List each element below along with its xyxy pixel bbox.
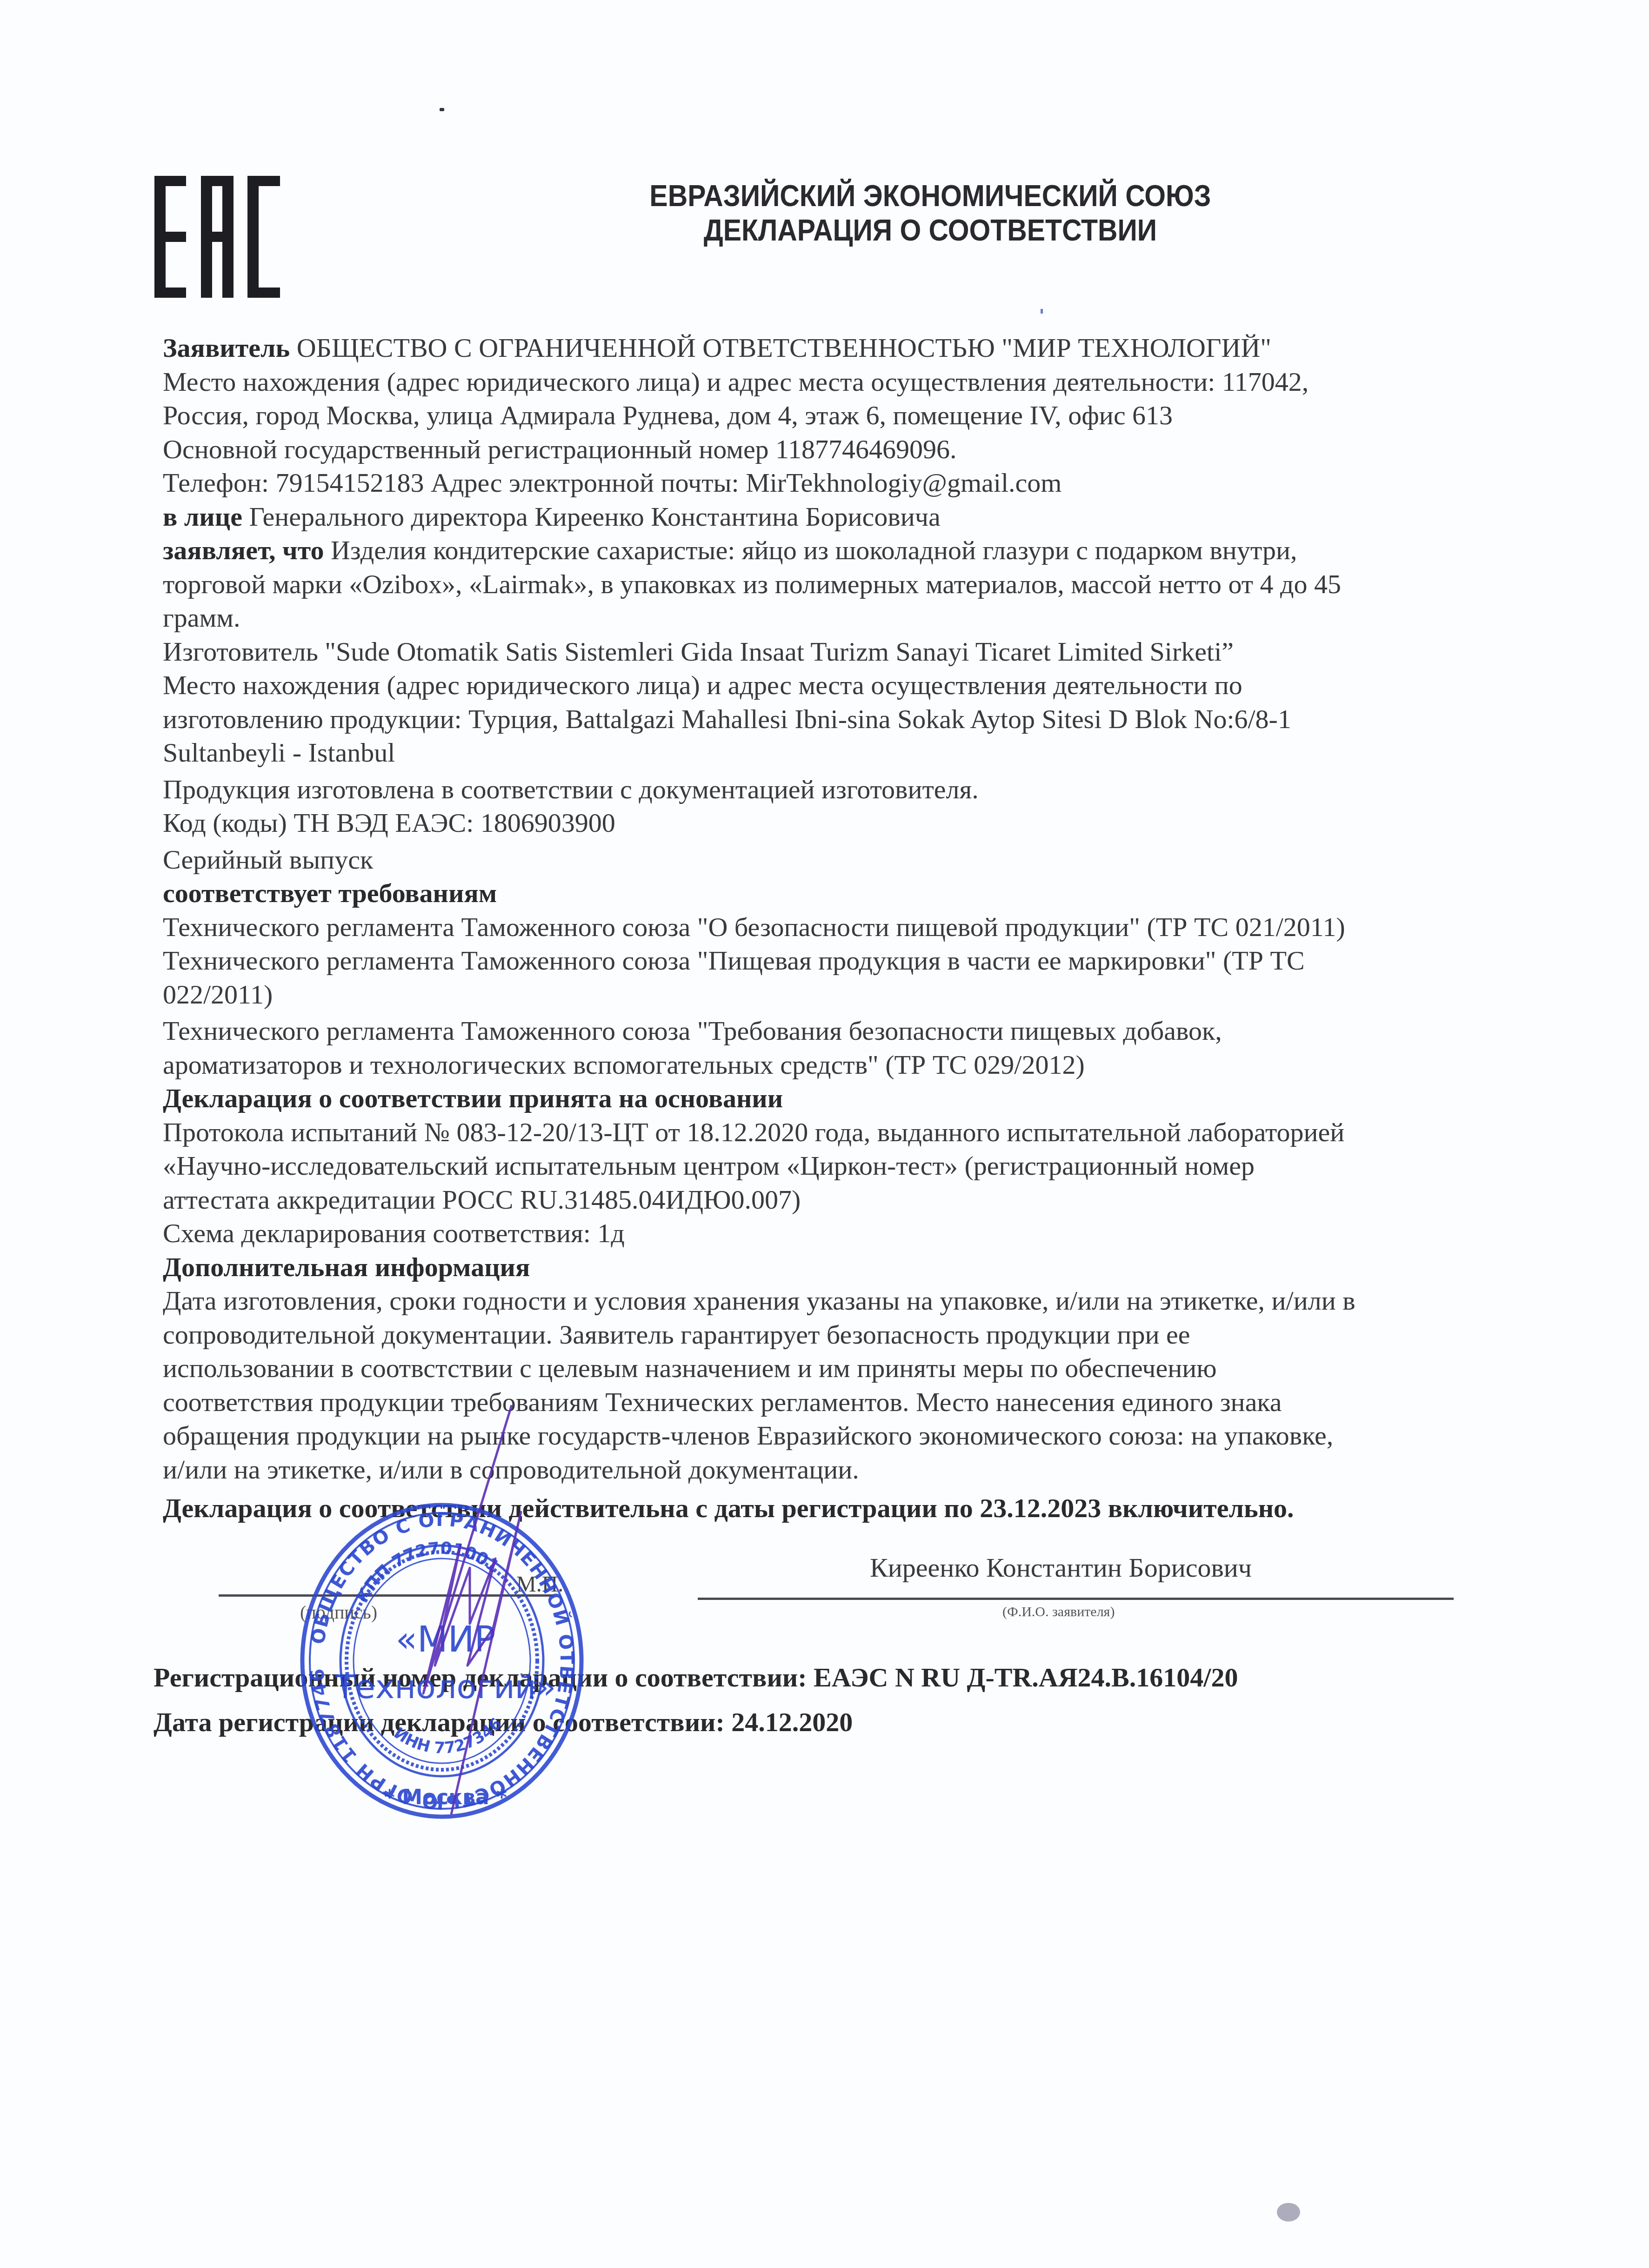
scan-speck: [440, 108, 444, 111]
requirement-item: ароматизаторов и технологических вспомог…: [163, 1048, 1512, 1082]
additional-line: соответствия продукции требованиям Техни…: [163, 1385, 1512, 1419]
basis-protocol-3: аттестата аккредитации РОСС RU.31485.04И…: [163, 1183, 1512, 1217]
svg-text:ОБЩЕСТВО С ОГРАНИЧЕННОЙ ОТВЕТС: ОБЩЕСТВО С ОГРАНИЧЕННОЙ ОТВЕТСТВЕННОСТЬЮ…: [307, 1509, 577, 1813]
declares-line: заявляет, что Изделия кондитерские сахар…: [163, 534, 1512, 568]
signature-caption: (подпись): [300, 1601, 377, 1623]
applicant-name: ОБЩЕСТВО С ОГРАНИЧЕННОЙ ОТВЕТСТВЕННОСТЬЮ…: [290, 333, 1271, 363]
product-desc-2: торговой марки «Ozibox», «Lairmak», в уп…: [163, 568, 1512, 602]
applicant-line: Заявитель ОБЩЕСТВО С ОГРАНИЧЕННОЙ ОТВЕТС…: [163, 331, 1512, 365]
additional-line: и/или на этикетке, и/или в сопроводитель…: [163, 1453, 1512, 1487]
release-type: Серийный выпуск: [163, 843, 1512, 877]
product-documentation: Продукция изготовлена в соответствии с д…: [163, 773, 1512, 807]
company-stamp-icon: ОБЩЕСТВО С ОГРАНИЧЕННОЙ ОТВЕТСТВЕННОСТЬЮ…: [298, 1503, 586, 1819]
declaration-page: ЕВРАЗИЙСКИЙ ЭКОНОМИЧЕСКИЙ СОЮЗ ДЕКЛАРАЦИ…: [0, 0, 1649, 2268]
signature-line: [219, 1594, 554, 1597]
basis-protocol-2: «Научно-исследовательский испытательным …: [163, 1149, 1512, 1183]
additional-line: Дата изготовления, сроки годности и усло…: [163, 1284, 1512, 1318]
validity-statement: Декларация о соответствии действительна …: [163, 1492, 1294, 1524]
svg-text:«МИР: «МИР: [396, 1619, 496, 1660]
name-caption: (Ф.И.О. заявителя): [1002, 1604, 1115, 1620]
requirement-item: Технического регламента Таможенного союз…: [163, 910, 1512, 944]
requirement-item: Технического регламента Таможенного союз…: [163, 944, 1512, 978]
applicant-label: Заявитель: [163, 333, 290, 363]
header-doc-title: ДЕКЛАРАЦИЯ О СООТВЕТСТВИИ: [502, 213, 1358, 248]
additional-line: сопроводительной документации. Заявитель…: [163, 1318, 1512, 1352]
registration-date: Дата регистрации декларации о соответств…: [154, 1706, 853, 1738]
applicant-ogrn: Основной государственный регистрационный…: [163, 433, 1512, 467]
svg-text:* Москва *: * Москва *: [384, 1786, 507, 1809]
represented-value: Генерального директора Киреенко Констант…: [242, 502, 941, 532]
basis-protocol-1: Протокола испытаний № 083-12-20/13-ЦТ от…: [163, 1116, 1512, 1150]
header-union-title: ЕВРАЗИЙСКИЙ ЭКОНОМИЧЕСКИЙ СОЮЗ: [502, 179, 1358, 213]
seal-place-label: М.П.: [516, 1572, 563, 1597]
represented-by-line: в лице Генерального директора Киреенко К…: [163, 500, 1512, 534]
name-line: [698, 1598, 1454, 1600]
basis-heading: Декларация о соответствии принята на осн…: [163, 1082, 1512, 1116]
product-desc-3: грамм.: [163, 601, 1512, 635]
additional-line: обращения продукции на рынке государств-…: [163, 1419, 1512, 1453]
additional-heading: Дополнительная информация: [163, 1251, 1512, 1285]
document-header: ЕВРАЗИЙСКИЙ ЭКОНОМИЧЕСКИЙ СОЮЗ ДЕКЛАРАЦИ…: [502, 179, 1358, 248]
represented-label: в лице: [163, 502, 242, 532]
applicant-full-name: Киреенко Константин Борисович: [870, 1552, 1252, 1583]
product-desc-1: Изделия кондитерские сахаристые: яйцо из…: [324, 535, 1297, 565]
manufacturer-address-3: Sultanbeyli - Istanbul: [163, 736, 1512, 770]
declares-label: заявляет, что: [163, 535, 324, 565]
scan-speck: [1041, 309, 1043, 314]
manufacturer-name: Изготовитель "Sude Otomatik Satis Sistem…: [163, 635, 1512, 669]
manufacturer-address-2: изготовлению продукции: Турция, Battalga…: [163, 702, 1512, 736]
requirement-item: Технического регламента Таможенного союз…: [163, 1014, 1512, 1048]
registration-number: Регистрационный номер декларации о соотв…: [154, 1662, 1238, 1693]
requirements-heading: соответствует требованиям: [163, 876, 1512, 910]
declaration-body: Заявитель ОБЩЕСТВО С ОГРАНИЧЕННОЙ ОТВЕТС…: [163, 331, 1512, 1486]
additional-line: использовании в соотвстствии с целевым н…: [163, 1351, 1512, 1385]
manufacturer-address-1: Место нахождения (адрес юридического лиц…: [163, 669, 1512, 702]
applicant-address-1: Место нахождения (адрес юридического лиц…: [163, 365, 1512, 399]
applicant-contacts: Телефон: 79154152183 Адрес электронной п…: [163, 466, 1512, 500]
eac-logo-icon: [154, 176, 294, 298]
requirement-item: 022/2011): [163, 978, 1512, 1012]
tn-ved-code: Код (коды) ТН ВЭД ЕАЭС: 1806903900: [163, 806, 1512, 840]
scan-smudge: [1277, 2203, 1300, 2221]
applicant-address-2: Россия, город Москва, улица Адмирала Руд…: [163, 399, 1512, 433]
declaration-scheme: Схема декларирования соответствия: 1д: [163, 1217, 1512, 1251]
